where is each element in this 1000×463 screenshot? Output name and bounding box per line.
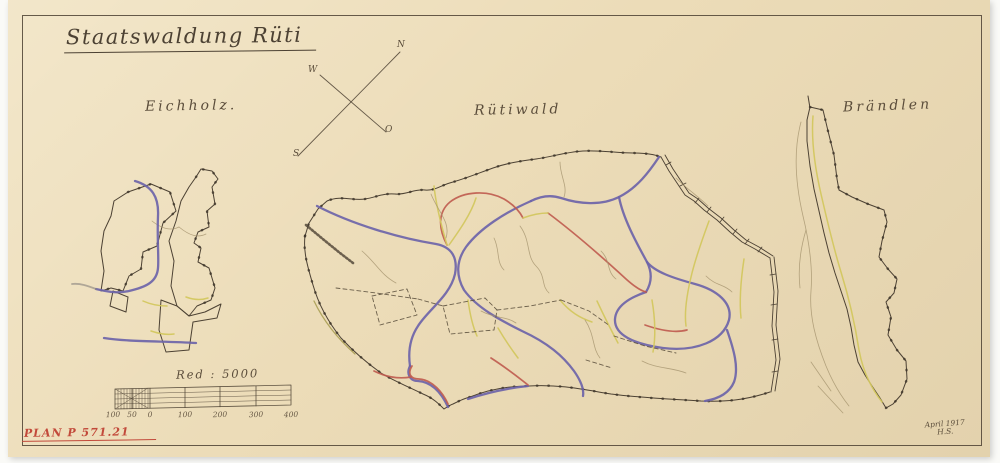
scale-tick: 0 — [141, 410, 159, 420]
braendlen-parcel — [796, 96, 907, 413]
scale-bar — [115, 385, 291, 409]
scale-label: Red : 5000 — [176, 366, 260, 381]
plan-number: PLAN P 571.21 — [22, 425, 156, 442]
map-drawing — [0, 0, 1000, 463]
scale-tick: 100 — [104, 410, 122, 420]
label-ruetiwald: Rütiwald — [474, 101, 562, 119]
compass-east-label: O — [385, 125, 392, 135]
eichholz-parcel — [72, 169, 221, 352]
compass-south-label: S — [293, 149, 299, 159]
ruetiwald-parcel — [305, 151, 780, 409]
credit-block: April 1917 H.S. — [924, 419, 965, 438]
label-braendlen: Brändlen — [843, 96, 933, 115]
scale-tick: 100 — [176, 410, 194, 420]
compass-west-label: W — [308, 65, 317, 75]
map-title: Staatswaldung Rüti — [64, 23, 317, 54]
scale-tick: 50 — [123, 410, 141, 420]
compass-north-label: N — [397, 40, 405, 50]
scale-tick: 300 — [247, 410, 265, 420]
scale-tick: 400 — [282, 410, 300, 420]
scale-tick: 200 — [211, 410, 229, 420]
map-sheet: Staatswaldung Rüti Eichholz. Rütiwald Br… — [0, 0, 1000, 463]
label-eichholz: Eichholz. — [145, 97, 238, 115]
